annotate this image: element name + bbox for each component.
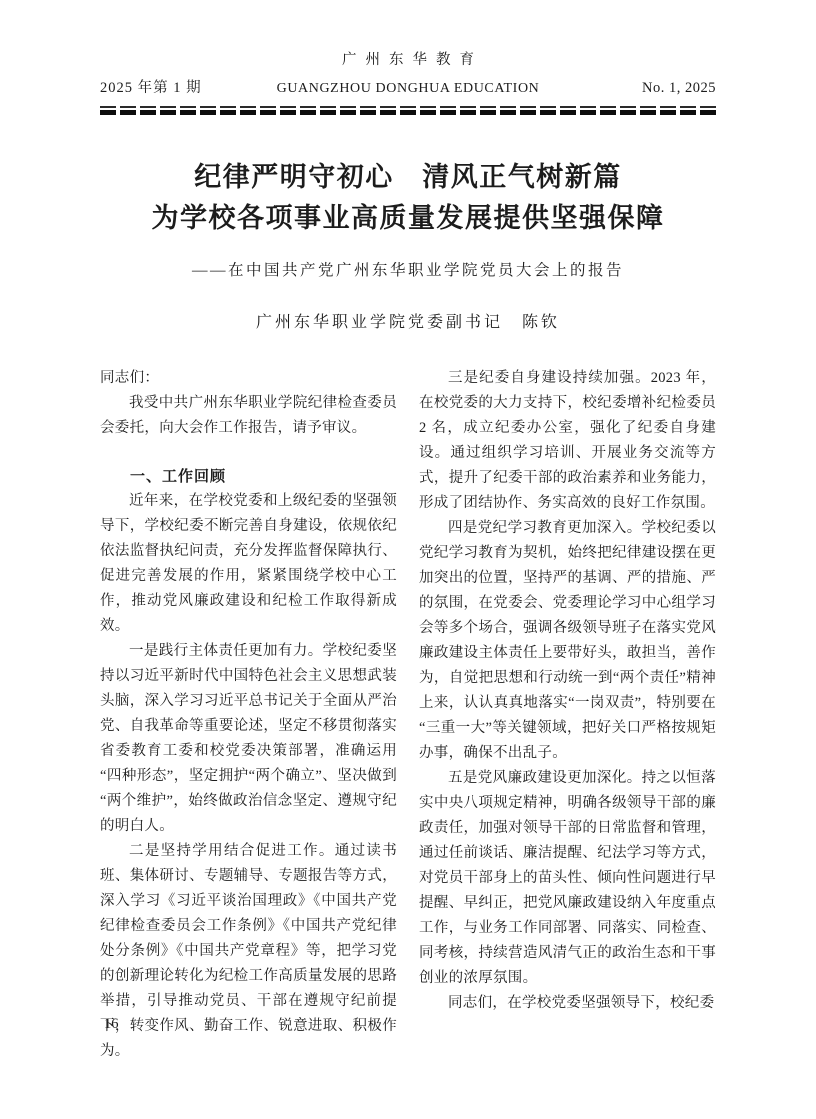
journal-title-cn: 广州东华教育 bbox=[100, 50, 716, 70]
paragraph: 五是党风廉政建设更加深化。持之以恒落实中央八项规定精神，明确各级领导干部的廉政责… bbox=[419, 766, 716, 991]
header-rule-thick-line bbox=[100, 110, 716, 115]
paragraph: 近年来，在学校党委和上级纪委的坚强领导下，学校纪委不断完善自身建设，依规依纪依法… bbox=[100, 489, 397, 639]
paragraph: 三是纪委自身建设持续加强。2023 年，在校党委的大力支持下，校纪委增补纪检委员… bbox=[419, 366, 716, 516]
page-number: 16 bbox=[104, 1016, 119, 1033]
header-issue-row: 2025 年第 1 期 GUANGZHOU DONGHUA EDUCATION … bbox=[100, 78, 716, 99]
paragraph: 一是践行主体责任更加有力。学校纪委坚持以习近平新时代中国特色社会主义思想武装头脑… bbox=[100, 639, 397, 839]
paragraph: 四是党纪学习教育更加深入。学校纪委以党纪学习教育为契机，始终把纪律建设摆在更加突… bbox=[419, 516, 716, 766]
issue-number-en: No. 1, 2025 bbox=[539, 78, 716, 98]
body-column-left: 同志们： 我受中共广州东华职业学院纪律检查委员会委托，向大会作工作报告，请予审议… bbox=[100, 366, 397, 1064]
journal-page: 广州东华教育 2025 年第 1 期 GUANGZHOU DONGHUA EDU… bbox=[0, 0, 816, 1119]
article-title: 纪律严明守初心 清风正气树新篇 为学校各项事业高质量发展提供坚强保障 bbox=[100, 157, 716, 239]
section-heading-work-review: 一、工作回顾 bbox=[100, 464, 397, 489]
page-header: 广州东华教育 2025 年第 1 期 GUANGZHOU DONGHUA EDU… bbox=[100, 50, 716, 115]
article-title-line2: 为学校各项事业高质量发展提供坚强保障 bbox=[152, 203, 665, 233]
paragraph: 同志们，在学校党委坚强领导下，校纪委 bbox=[419, 991, 716, 1016]
article-body: 同志们： 我受中共广州东华职业学院纪律检查委员会委托，向大会作工作报告，请予审议… bbox=[100, 366, 716, 1064]
article-subtitle: ——在中国共产党广州东华职业学院党员大会上的报告 bbox=[100, 260, 716, 282]
journal-title-en: GUANGZHOU DONGHUA EDUCATION bbox=[277, 79, 540, 99]
issue-number-cn: 2025 年第 1 期 bbox=[100, 78, 277, 98]
paragraph: 二是坚持学用结合促进工作。通过读书班、集体研讨、专题辅导、专题报告等方式，深入学… bbox=[100, 839, 397, 1064]
header-rule-thin-line bbox=[100, 106, 716, 108]
article-byline: 广州东华职业学院党委副书记 陈钦 bbox=[100, 312, 716, 334]
header-rule bbox=[100, 106, 716, 115]
body-column-right: 三是纪委自身建设持续加强。2023 年，在校党委的大力支持下，校纪委增补纪检委员… bbox=[419, 366, 716, 1064]
paragraph: 我受中共广州东华职业学院纪律检查委员会委托，向大会作工作报告，请予审议。 bbox=[100, 391, 397, 441]
salutation: 同志们： bbox=[100, 366, 397, 391]
article-title-line1: 纪律严明守初心 清风正气树新篇 bbox=[194, 162, 622, 192]
